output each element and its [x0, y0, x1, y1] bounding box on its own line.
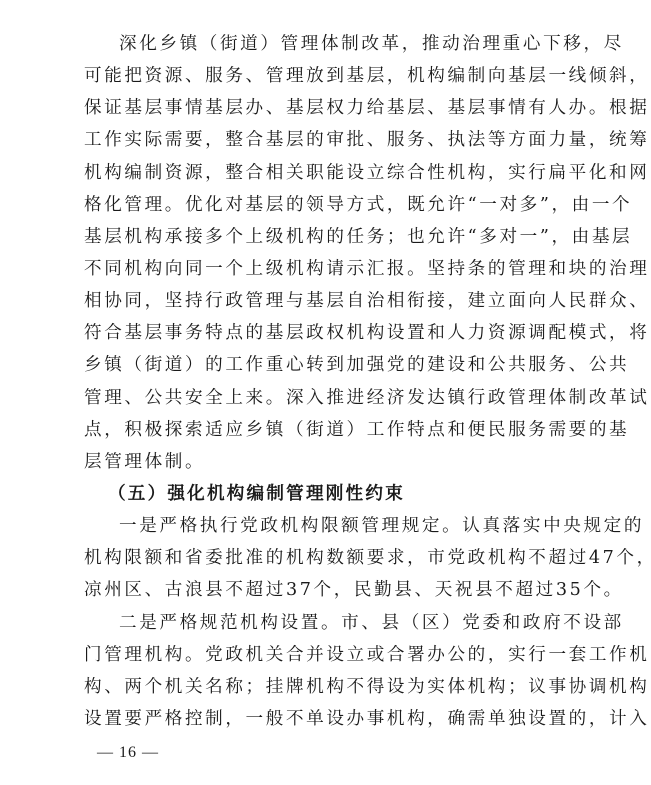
- section-heading: （五）强化机构编制管理刚性约束: [84, 478, 572, 510]
- text-line: 门管理机构。党政机关合并设立或合署办公的，实行一套工作机: [84, 639, 572, 671]
- text-line: 格化管理。优化对基层的领导方式，既允许“一对多”，由一个: [84, 189, 572, 221]
- text-line: 乡镇（街道）的工作重心转到加强党的建设和公共服务、公共: [84, 349, 572, 381]
- text-line: 相协同，坚持行政管理与基层自治相衔接，建立面向人民群众、: [84, 285, 572, 317]
- page-number: — 16 —: [97, 744, 159, 762]
- text-line: 保证基层事情基层办、基层权力给基层、基层事情有人办。根据: [84, 92, 572, 124]
- text-line: 二是严格规范机构设置。市、县（区）党委和政府不设部: [84, 607, 572, 639]
- text-line: 深化乡镇（街道）管理体制改革，推动治理重心下移，尽: [84, 28, 572, 60]
- text-line: 凉州区、古浪县不超过37个，民勤县、天祝县不超过35个。: [84, 574, 572, 606]
- text-line: 层管理体制。: [84, 446, 572, 478]
- text-line: 基层机构承接多个上级机构的任务；也允许“多对一”，由基层: [84, 221, 572, 253]
- text-line: 点，积极探索适应乡镇（街道）工作特点和便民服务需要的基: [84, 414, 572, 446]
- document-page: 深化乡镇（街道）管理体制改革，推动治理重心下移，尽 可能把资源、服务、管理放到基…: [0, 0, 651, 785]
- text-line: 可能把资源、服务、管理放到基层，机构编制向基层一线倾斜，: [84, 60, 572, 92]
- text-line: 设置要严格控制，一般不单设办事机构，确需单独设置的，计入: [84, 703, 572, 735]
- text-line: 工作实际需要，整合基层的审批、服务、执法等方面力量，统筹: [84, 124, 572, 156]
- text-line: 机构编制资源，整合相关职能设立综合性机构，实行扁平化和网: [84, 157, 572, 189]
- text-line: 构、两个机关名称；挂牌机构不得设为实体机构；议事协调机构: [84, 671, 572, 703]
- text-line: 一是严格执行党政机构限额管理规定。认真落实中央规定的: [84, 510, 572, 542]
- text-line: 不同机构向同一个上级机构请示汇报。坚持条的管理和块的治理: [84, 253, 572, 285]
- document-body: 深化乡镇（街道）管理体制改革，推动治理重心下移，尽 可能把资源、服务、管理放到基…: [84, 28, 572, 735]
- text-line: 符合基层事务特点的基层政权机构设置和人力资源调配模式，将: [84, 317, 572, 349]
- text-line: 机构限额和省委批准的机构数额要求，市党政机构不超过47个，: [84, 542, 572, 574]
- text-line: 管理、公共安全上来。深入推进经济发达镇行政管理体制改革试: [84, 382, 572, 414]
